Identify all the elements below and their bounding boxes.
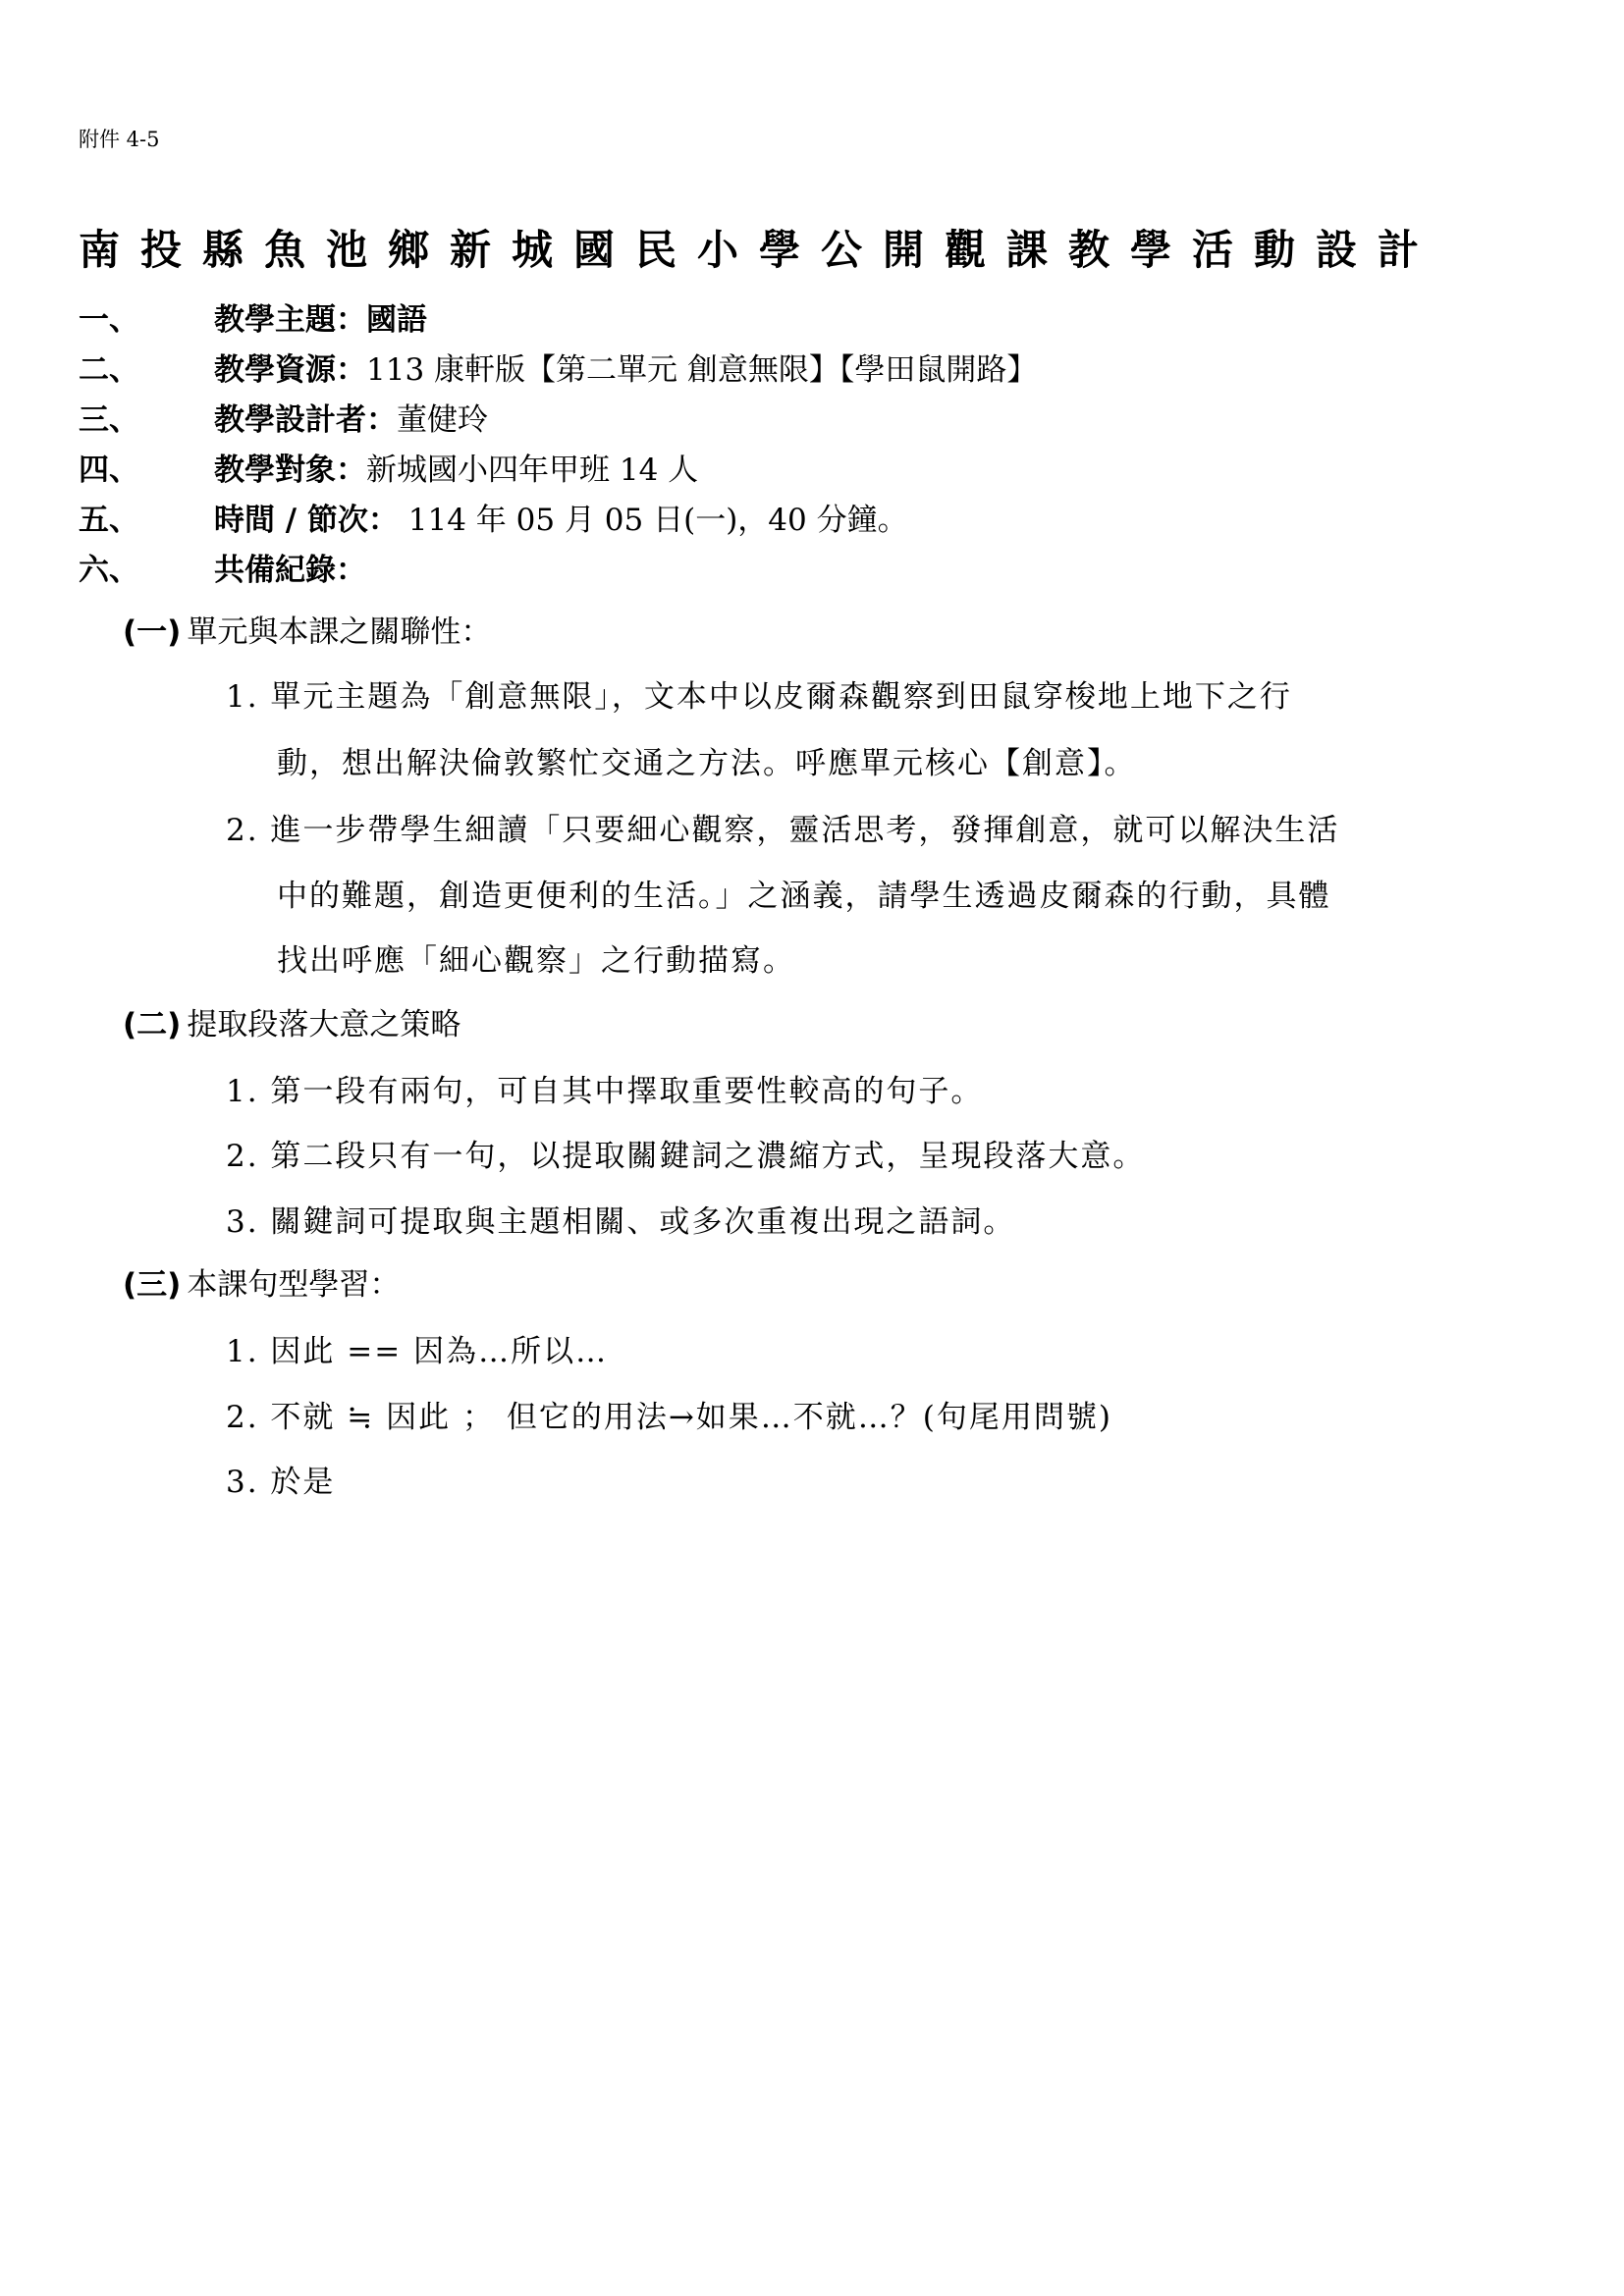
item-target-class: 四、教學對象：新城國小四年甲班 14 人 — [79, 451, 698, 490]
item-label: 教學主題： — [214, 302, 366, 338]
section-number: (三) — [123, 1267, 181, 1303]
section-number: (一) — [123, 614, 181, 650]
item-time-period: 五、時間 / 節次： 114 年 05 月 05 日(一)，40 分鐘。 — [79, 501, 908, 540]
item-teaching-topic: 一、教學主題：國語 — [79, 300, 427, 340]
list-item: 1. 單元主題為「創意無限」，文本中以皮爾森觀察到田鼠穿梭地上地下之行 — [226, 677, 1292, 717]
item-value: 113 康軒版【第二單元 創意無限】【學田鼠開路】 — [366, 352, 1037, 388]
item-label: 教學資源： — [214, 352, 366, 388]
item-co-prep-record: 六、共備紀錄： — [79, 551, 366, 590]
section-heading: 提取段落大意之策略 — [187, 1007, 460, 1042]
item-number: 一、 — [79, 300, 214, 340]
item-label: 共備紀錄： — [214, 553, 366, 588]
section-heading-paragraph-strategy: (二)提取段落大意之策略 — [123, 1005, 460, 1044]
item-number: 三、 — [79, 400, 214, 440]
section-number: (二) — [123, 1007, 181, 1042]
item-value: 董健玲 — [397, 402, 488, 438]
item-value: 114 年 05 月 05 日(一)，40 分鐘。 — [399, 503, 908, 538]
item-teaching-resources: 二、教學資源：113 康軒版【第二單元 創意無限】【學田鼠開路】 — [79, 350, 1037, 390]
list-item-continuation: 找出呼應「細心觀察」之行動描寫。 — [277, 941, 795, 981]
item-number: 四、 — [79, 451, 214, 490]
item-value: 國語 — [366, 302, 427, 338]
list-item: 1. 因此 == 因為…所以… — [226, 1332, 608, 1371]
section-heading: 單元與本課之關聯性： — [187, 614, 491, 650]
item-designer: 三、教學設計者：董健玲 — [79, 400, 488, 440]
item-number: 二、 — [79, 350, 214, 390]
section-heading-sentence-patterns: (三)本課句型學習： — [123, 1265, 400, 1305]
attachment-label: 附件 4-5 — [79, 124, 160, 153]
item-value: 新城國小四年甲班 14 人 — [366, 453, 698, 488]
list-item: 3. 於是 — [226, 1463, 335, 1502]
document-title: 南投縣魚池鄉新城國民小學公開觀課教學活動設計 — [79, 218, 1551, 277]
item-label: 教學對象： — [214, 453, 366, 488]
list-item: 1. 第一段有兩句，可自其中擇取重要性較高的句子。 — [226, 1072, 983, 1111]
section-heading-unit-relation: (一)單元與本課之關聯性： — [123, 613, 491, 652]
list-item: 3. 關鍵詞可提取與主題相關、或多次重複出現之語詞。 — [226, 1202, 1015, 1242]
item-number: 六、 — [79, 551, 214, 590]
list-item-continuation: 動，想出解決倫敦繁忙交通之方法。呼應單元核心【創意】。 — [277, 744, 1137, 783]
list-item: 2. 第二段只有一句，以提取關鍵詞之濃縮方式，呈現段落大意。 — [226, 1137, 1145, 1176]
item-label: 教學設計者： — [214, 402, 397, 438]
item-number: 五、 — [79, 501, 214, 540]
list-item: 2. 不就 ≒ 因此 ； 但它的用法→如果…不就…？(句尾用問號) — [226, 1398, 1112, 1437]
list-item: 2. 進一步帶學生細讀「只要細心觀察，靈活思考，發揮創意，就可以解決生活 — [226, 811, 1339, 850]
list-item-continuation: 中的難題，創造更便利的生活。」之涵義，請學生透過皮爾森的行動，具體 — [277, 877, 1331, 916]
item-label: 時間 / 節次： — [214, 503, 399, 538]
section-heading: 本課句型學習： — [187, 1267, 400, 1303]
